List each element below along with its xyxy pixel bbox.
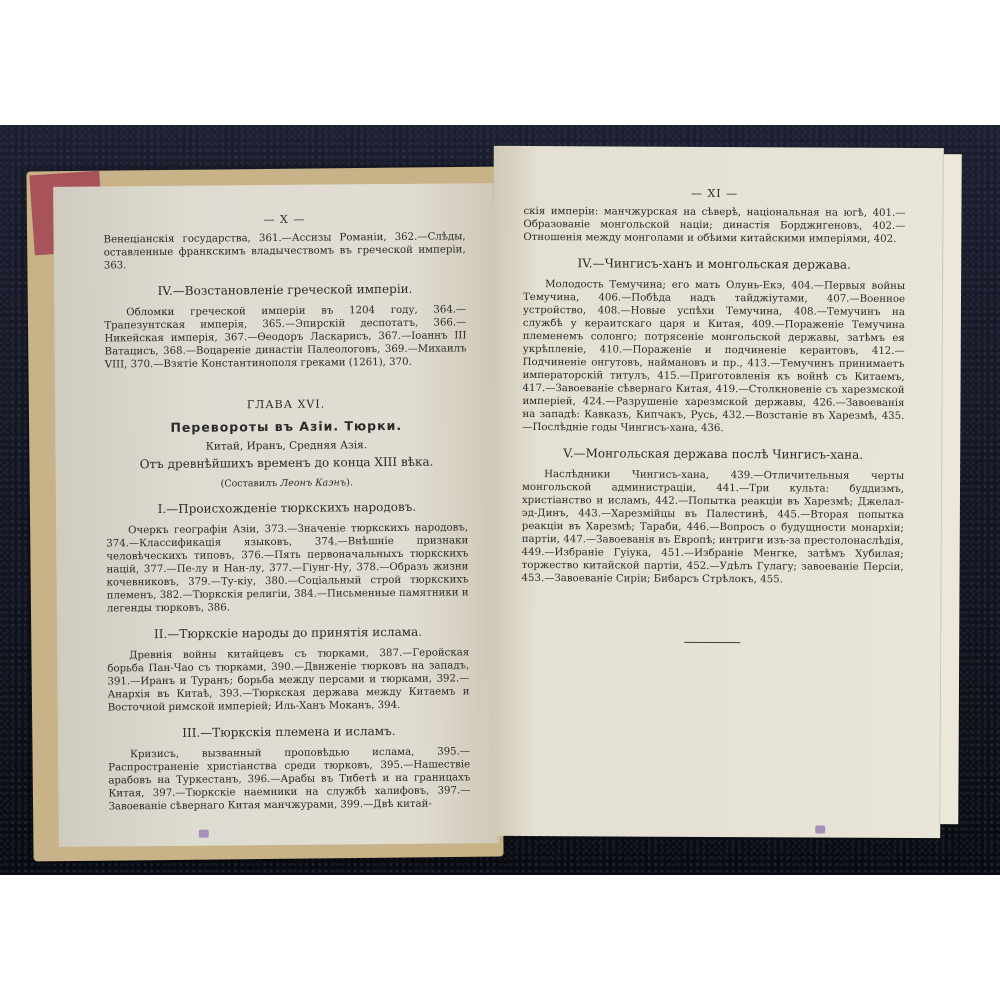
section-heading: IV.—Чингисъ-ханъ и монгольская держава. bbox=[523, 256, 905, 272]
right-page: — XI — скія имперіи: манчжурская на сѣве… bbox=[490, 146, 944, 838]
library-stamp-mark bbox=[815, 826, 825, 834]
continued-paragraph: скія имперіи: манчжурская на сѣверѣ, нац… bbox=[523, 205, 905, 246]
section-heading: V.—Монгольская держава послѣ Чингисъ-хан… bbox=[522, 446, 904, 462]
section-heading: II.—Тюркскіе народы до принятія ислама. bbox=[107, 624, 469, 641]
book-photo: — X — Венеціанскія государства, 361.—Асс… bbox=[0, 125, 1000, 875]
page-number-right: — XI — bbox=[524, 186, 906, 201]
section-text: Молодость Темучина; его мать Олунь-Екэ, … bbox=[522, 278, 905, 436]
chapter-title: Перевороты въ Азіи. Тюрки. bbox=[105, 417, 467, 435]
end-rule bbox=[684, 642, 740, 643]
page-edge bbox=[939, 154, 962, 824]
intro-paragraph: Венеціанскія государства, 361.—Ассизы Ро… bbox=[104, 230, 466, 272]
section-heading: I.—Происхожденіе тюркскихъ народовъ. bbox=[106, 499, 468, 516]
author-suffix: ). bbox=[346, 477, 353, 488]
section-text: Кризисъ, вызванный проповѣдью ислама, 39… bbox=[108, 745, 471, 813]
section-text: Наслѣдники Чингисъ-хана, 439.—Отличитель… bbox=[522, 468, 905, 587]
chapter-subtitle: Китай, Иранъ, Средняя Азія. bbox=[105, 438, 467, 453]
section-text: Очеркъ географіи Азіи, 373.—Значеніе тюр… bbox=[106, 521, 469, 615]
section-text: Древнія войны китайцевъ съ тюрками, 387.… bbox=[107, 646, 470, 714]
author-name: Леонъ Каэнъ bbox=[280, 477, 346, 489]
left-page: — X — Венеціанскія государства, 361.—Асс… bbox=[53, 183, 499, 847]
section-heading: III.—Тюркскія племена и исламъ. bbox=[108, 723, 470, 740]
library-stamp-mark bbox=[199, 830, 209, 838]
page-number-left: — X — bbox=[103, 211, 465, 227]
chapter-period: Отъ древнѣйшихъ временъ до конца XIII вѣ… bbox=[105, 454, 467, 471]
chapter-label: ГЛАВА XVI. bbox=[105, 396, 467, 412]
author-prefix: (Составилъ bbox=[221, 478, 281, 490]
chapter-author: (Составилъ Леонъ Каэнъ). bbox=[106, 476, 468, 490]
section-heading: IV.—Возстановленіе греческой имперіи. bbox=[104, 281, 466, 298]
section-text: Обломки греческой имперіи въ 1204 году, … bbox=[104, 303, 467, 371]
